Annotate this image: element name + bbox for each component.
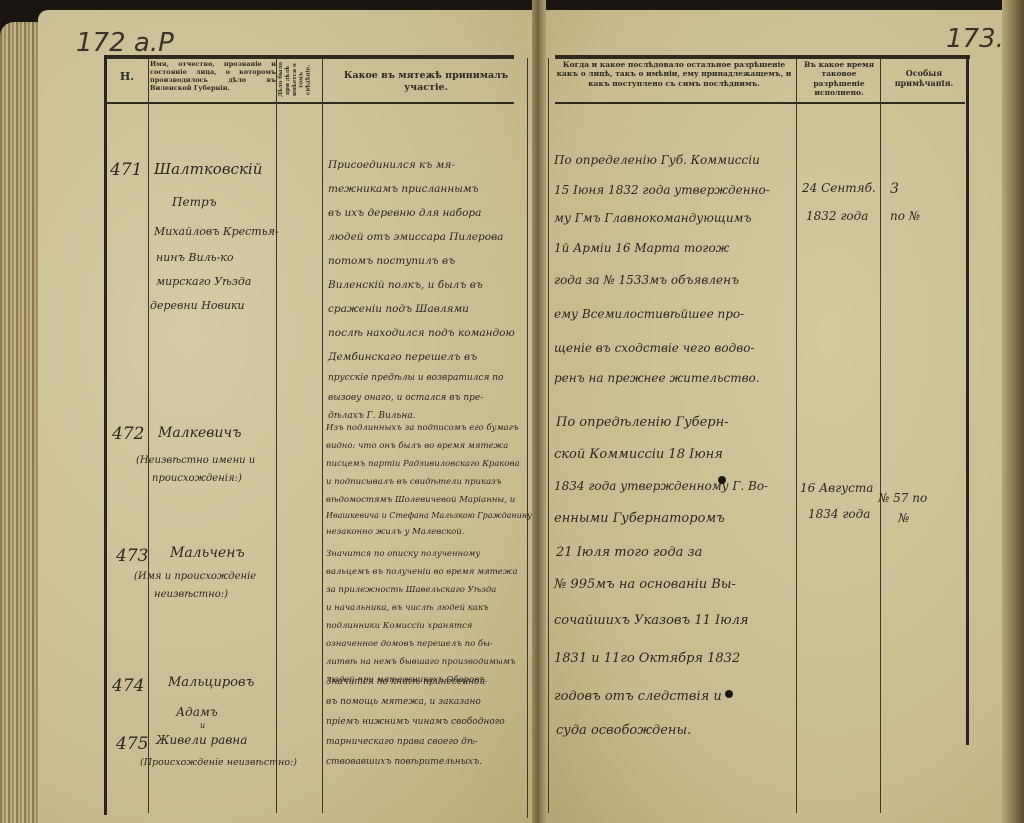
text-line: въ ихъ деревню для набора (328, 208, 481, 219)
text-line: пріемъ нижнимъ чинамъ свободного (326, 718, 505, 727)
executed-date: 24 Сентяб. (802, 182, 876, 194)
executed-year: 1832 года (806, 210, 868, 222)
left-border (104, 55, 107, 815)
header-notes: Особыя примѣчанія. (882, 68, 966, 88)
executed-year: 1834 года (808, 508, 870, 520)
text-line: сраженіи подъ Шавлями (328, 304, 469, 315)
text-line: года за № 1533мъ объявленъ (554, 274, 739, 286)
text-line: людей отъ эмиссара Пилерова (328, 232, 503, 243)
entry-number: 473 (116, 548, 148, 565)
header-executed: Въ какое время таковое разрѣшеніе исполн… (798, 60, 880, 98)
header-participation: Какое въ мятежѣ принималъ участіе. (326, 70, 526, 94)
name-line: (Происхожденіе неизвѣстно:) (140, 758, 297, 768)
header-top-rule (555, 55, 970, 59)
text-line: Изъ подлинныхъ за подписомъ его бумагъ (326, 424, 519, 433)
text-line: вѣдомостямъ Шолевичевой Маріанны, и (326, 496, 515, 505)
entry-number: 471 (110, 162, 142, 179)
note-value: 3 (890, 182, 899, 196)
name-line: Мальцировъ (168, 676, 254, 689)
ledger-book-spread: 172 a.P Н. Имя, отчество, прозваніе и со… (0, 0, 1024, 823)
header-name: Имя, отчество, прозваніе и состояніе лиц… (150, 60, 276, 93)
text-line: литвѣ на немъ бывшаго производимымъ (326, 658, 516, 667)
note-value: № 57 по (878, 492, 927, 504)
col-divider (322, 58, 323, 813)
text-line: за прилежность Шавельскаго Уѣзда (326, 586, 496, 595)
text-line: енными Губернаторомъ (554, 512, 725, 525)
name-line: нинъ Виль-ко (156, 252, 233, 263)
text-line: Виленскій полкъ, и былъ въ (328, 280, 483, 291)
note-value: по № (890, 210, 920, 222)
text-line: ствовавшихъ повѣрительныхъ. (326, 758, 482, 767)
text-line: и подписывалъ въ свидѣтели приказъ (326, 478, 501, 487)
text-line: ской Коммиссіи 18 Іюня (554, 448, 723, 461)
text-line: подлинники Комиссіи хранятся (326, 622, 472, 631)
name-line: Петръ (172, 196, 217, 208)
text-line: потомъ поступилъ въ (328, 256, 455, 267)
text-line: вальцемъ въ полученіи во время мятежа (326, 568, 518, 577)
col-divider (880, 58, 881, 813)
name-line: происхожденія:) (152, 474, 242, 484)
text-line: Дембинскаго перешелъ въ (328, 352, 477, 363)
text-line: 1й Арміи 16 Марта тогож (554, 242, 729, 254)
page-edges (0, 22, 42, 823)
header-top-rule (106, 55, 514, 59)
name-line: Живели равна (156, 734, 247, 746)
text-line: въ помощь мятежа, и заказано (326, 698, 481, 707)
text-line: дѣлахъ Г. Вильна. (328, 412, 416, 421)
col-divider (148, 58, 149, 813)
name-line: деревни Новики (150, 300, 245, 311)
executed-date: 16 Августа (800, 482, 873, 494)
text-line: 1831 и 11го Октября 1832 (554, 652, 740, 665)
text-line: означенное домовъ перешелъ по бы- (326, 640, 493, 649)
text-line: сочайшихъ Указовъ 11 Іюля (554, 614, 748, 627)
text-line: Присоединился къ мя- (328, 160, 455, 171)
name-line: Мальченъ (170, 546, 245, 560)
text-line: писцемъ партіи Радзивиловскаго Кракова (326, 460, 520, 469)
book-gutter (532, 0, 546, 823)
header-number: Н. (106, 70, 148, 84)
col-divider (548, 58, 549, 813)
text-line: щеніе въ сходствіе чего водво- (554, 342, 754, 354)
text-line: ему Всемилостивѣйшее про- (554, 308, 744, 320)
col-divider (276, 58, 277, 813)
header-case: Дѣло было при дѣлѣ имѣется о томъ свѣдѣн… (278, 60, 322, 100)
text-line: годовъ отъ следствія и (554, 690, 722, 703)
text-line: По определенію Губ. Коммиссіи (554, 154, 760, 166)
text-line: вызову онаго, и остался въ пре- (328, 394, 483, 403)
name-line: Михайловъ Крестья- (154, 226, 279, 237)
note-value: № (898, 512, 909, 524)
name-line: Малкевичъ (158, 426, 241, 440)
text-line: прусскіе предѣлы и возвратился по (328, 374, 503, 383)
text-line: Значится по книгѣ принесенной (326, 678, 485, 687)
header-resolution: Когда и какое послѣдовало остальное разр… (552, 60, 796, 88)
text-line: По опредѣленію Губерн- (556, 416, 729, 429)
text-line: № 995мъ на основаніи Вы- (554, 578, 736, 591)
text-line: тежникамъ присланнымъ (328, 184, 479, 195)
text-line: и начальника, въ числѣ людей какъ (326, 604, 489, 613)
entry-number: 474 (112, 678, 144, 695)
text-line: ренъ на прежнее жительство. (554, 372, 760, 384)
name-line: (Неизвѣстно имени и (136, 456, 255, 466)
col-divider (796, 58, 797, 813)
text-line: тарническаго права своего дѣ- (326, 738, 478, 747)
text-line: 15 Іюня 1832 года утвержденно- (554, 184, 770, 196)
text-line: суда освобождены. (556, 724, 691, 737)
name-line: неизвѣстно:) (154, 590, 228, 600)
text-line: му Гмъ Главнокомандующимъ (554, 212, 752, 224)
col-divider (527, 58, 528, 818)
header-bottom-rule (106, 102, 514, 104)
text-line: Ивашкевича и Стефана Мальзкою Гражданину (326, 512, 532, 520)
name-line: мирскаго Уѣзда (156, 276, 251, 287)
right-page-number: 173. (946, 24, 1004, 54)
header-bottom-rule (555, 102, 965, 104)
ink-blot (725, 690, 733, 698)
entry-number: 475 (116, 736, 148, 753)
text-line: незаконно жилъ у Малевской. (326, 528, 464, 537)
name-line: (Имя и происхожденіе (134, 572, 256, 582)
right-border (966, 55, 969, 745)
text-line: послѣ находился подъ командою (328, 328, 515, 339)
text-line: 21 Іюля того года за (556, 546, 702, 559)
name-line: Адамъ (176, 706, 218, 718)
name-line: Шалтковскій (154, 162, 262, 177)
ink-blot (718, 476, 726, 484)
text-line: Значится по описку полученному (326, 550, 480, 559)
text-line: 1834 года утвержденному Г. Во- (554, 480, 768, 492)
left-page-number: 172 a.P (76, 28, 174, 58)
entry-number: 472 (112, 426, 144, 443)
page-shadow (1002, 0, 1024, 823)
name-line: и (200, 722, 205, 730)
text-line: видно: что онъ былъ во время мятежа (326, 442, 508, 451)
